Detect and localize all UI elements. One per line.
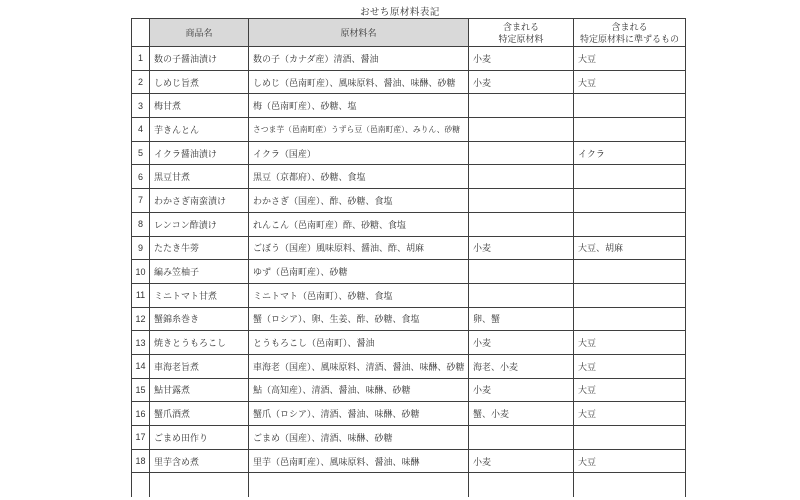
table-row: 1 数の子醤油漬け 数の子（カナダ産）清酒、醤油 小麦 大豆 [132, 47, 686, 71]
cell-ingredients: 鮎（高知産）、清酒、醤油、味醂、砂糖 [249, 378, 469, 402]
document-page: おせち原材料表記 商品名 原材料名 含まれる 特定原材料 含まれる 特定原材料に… [0, 0, 800, 500]
cell-no: 6 [132, 165, 150, 189]
cell-quasi [574, 260, 686, 284]
cell-ingredients: れんこん（邑南町産）酢、砂糖、食塩 [249, 212, 469, 236]
cell-product: 数の子醤油漬け [150, 47, 249, 71]
cell-product: わかさぎ南蛮漬け [150, 189, 249, 213]
table-row: 5 イクラ醤油漬け イクラ（国産） イクラ [132, 141, 686, 165]
cell-allergens [469, 165, 574, 189]
cell-quasi [574, 426, 686, 450]
table-row: 13 焼きとうもろこし とうもろこし（邑南町）、醤油 小麦 大豆 [132, 331, 686, 355]
cell-ingredients: とうもろこし（邑南町）、醤油 [249, 331, 469, 355]
header-quasi-allergens: 含まれる 特定原材料に準ずるもの [574, 19, 686, 47]
cell-product: 蟹爪酒煮 [150, 402, 249, 426]
table-row: 12 蟹錦糸巻き 蟹（ロシア）、卵、生姜、酢、砂糖、食塩 卵、蟹 [132, 307, 686, 331]
cell-ingredients: さつま芋（邑南町産）うずら豆（邑南町産）、みりん、砂糖 [249, 118, 469, 142]
cell-no: 15 [132, 378, 150, 402]
cell-allergens: 小麦 [469, 449, 574, 473]
cell-ingredients: しめじ（邑南町産）、風味原料、醤油、味醂、砂糖 [249, 70, 469, 94]
cell-allergens: 小麦 [469, 331, 574, 355]
table-row: 9 たたき牛蒡 ごぼう（国産）風味原料、醤油、酢、胡麻 小麦 大豆、胡麻 [132, 236, 686, 260]
cell-allergens: 小麦 [469, 236, 574, 260]
cell-quasi [574, 118, 686, 142]
table-row: 11 ミニトマト甘煮 ミニトマト（邑南町）、砂糖、食塩 [132, 283, 686, 307]
table-row: 4 芋きんとん さつま芋（邑南町産）うずら豆（邑南町産）、みりん、砂糖 [132, 118, 686, 142]
header-quasi-line1: 含まれる [575, 21, 684, 33]
cell-ingredients: ごまめ（国産）、清酒、味醂、砂糖 [249, 426, 469, 450]
cell-no: 13 [132, 331, 150, 355]
cell-no [132, 473, 150, 497]
cell-no: 1 [132, 47, 150, 71]
table-row: 16 蟹爪酒煮 蟹爪（ロシア）、清酒、醤油、味醂、砂糖 蟹、小麦 大豆 [132, 402, 686, 426]
cell-ingredients: 数の子（カナダ産）清酒、醤油 [249, 47, 469, 71]
cell-ingredients: 里芋（邑南町産）、風味原料、醤油、味醂 [249, 449, 469, 473]
cell-quasi: イクラ [574, 141, 686, 165]
cell-ingredients: 蟹爪（ロシア）、清酒、醤油、味醂、砂糖 [249, 402, 469, 426]
cell-ingredients: ゆず（邑南町産）、砂糖 [249, 260, 469, 284]
cell-product: しめじ旨煮 [150, 70, 249, 94]
cell-allergens [469, 426, 574, 450]
cell-no: 7 [132, 189, 150, 213]
cell-quasi: 大豆 [574, 331, 686, 355]
cell-no: 4 [132, 118, 150, 142]
cell-allergens: 小麦 [469, 47, 574, 71]
page-title: おせち原材料表記 [0, 4, 800, 18]
header-product: 商品名 [150, 19, 249, 47]
cell-no: 10 [132, 260, 150, 284]
cell-ingredients [249, 473, 469, 497]
cell-ingredients: 蟹（ロシア）、卵、生姜、酢、砂糖、食塩 [249, 307, 469, 331]
header-row: 商品名 原材料名 含まれる 特定原材料 含まれる 特定原材料に準ずるもの [132, 19, 686, 47]
cell-product: 黒豆甘煮 [150, 165, 249, 189]
table-row: 14 車海老旨煮 車海老（国産）、風味原料、清酒、醤油、味醂、砂糖 海老、小麦 … [132, 354, 686, 378]
cell-no: 14 [132, 354, 150, 378]
cell-product: 梅甘煮 [150, 94, 249, 118]
table-row-partial [132, 473, 686, 497]
cell-ingredients: イクラ（国産） [249, 141, 469, 165]
cell-no: 8 [132, 212, 150, 236]
cell-allergens: 小麦 [469, 378, 574, 402]
cell-quasi: 大豆、胡麻 [574, 236, 686, 260]
header-allergens: 含まれる 特定原材料 [469, 19, 574, 47]
cell-allergens [469, 260, 574, 284]
table-row: 6 黒豆甘煮 黒豆（京都府）、砂糖、食塩 [132, 165, 686, 189]
cell-product: 鮎甘露煮 [150, 378, 249, 402]
cell-product: たたき牛蒡 [150, 236, 249, 260]
table-row: 3 梅甘煮 梅（邑南町産）、砂糖、塩 [132, 94, 686, 118]
cell-ingredients: 梅（邑南町産）、砂糖、塩 [249, 94, 469, 118]
table-row: 10 編み笠柚子 ゆず（邑南町産）、砂糖 [132, 260, 686, 284]
cell-allergens: 卵、蟹 [469, 307, 574, 331]
cell-quasi [574, 212, 686, 236]
table-row: 15 鮎甘露煮 鮎（高知産）、清酒、醤油、味醂、砂糖 小麦 大豆 [132, 378, 686, 402]
cell-product: ごまめ田作り [150, 426, 249, 450]
cell-quasi [574, 94, 686, 118]
cell-no: 17 [132, 426, 150, 450]
cell-quasi: 大豆 [574, 378, 686, 402]
cell-no: 18 [132, 449, 150, 473]
cell-ingredients: ミニトマト（邑南町）、砂糖、食塩 [249, 283, 469, 307]
header-allergens-line2: 特定原材料 [470, 33, 572, 45]
cell-product: 芋きんとん [150, 118, 249, 142]
cell-ingredients: ごぼう（国産）風味原料、醤油、酢、胡麻 [249, 236, 469, 260]
cell-no: 2 [132, 70, 150, 94]
cell-allergens [469, 141, 574, 165]
cell-ingredients: 車海老（国産）、風味原料、清酒、醤油、味醂、砂糖 [249, 354, 469, 378]
cell-product: 焼きとうもろこし [150, 331, 249, 355]
table-row: 17 ごまめ田作り ごまめ（国産）、清酒、味醂、砂糖 [132, 426, 686, 450]
cell-product [150, 473, 249, 497]
cell-ingredients: 黒豆（京都府）、砂糖、食塩 [249, 165, 469, 189]
cell-no: 16 [132, 402, 150, 426]
cell-product: イクラ醤油漬け [150, 141, 249, 165]
cell-quasi [574, 283, 686, 307]
cell-product: 編み笠柚子 [150, 260, 249, 284]
cell-quasi [574, 165, 686, 189]
table-row: 18 里芋含め煮 里芋（邑南町産）、風味原料、醤油、味醂 小麦 大豆 [132, 449, 686, 473]
header-ingredients: 原材料名 [249, 19, 469, 47]
cell-quasi: 大豆 [574, 449, 686, 473]
table-header: 商品名 原材料名 含まれる 特定原材料 含まれる 特定原材料に準ずるもの [132, 19, 686, 47]
cell-allergens: 海老、小麦 [469, 354, 574, 378]
cell-quasi: 大豆 [574, 402, 686, 426]
header-quasi-line2: 特定原材料に準ずるもの [575, 33, 684, 45]
cell-no: 5 [132, 141, 150, 165]
table-row: 7 わかさぎ南蛮漬け わかさぎ（国産）、酢、砂糖、食塩 [132, 189, 686, 213]
cell-product: 里芋含め煮 [150, 449, 249, 473]
table-body: 1 数の子醤油漬け 数の子（カナダ産）清酒、醤油 小麦 大豆 2 しめじ旨煮 し… [132, 47, 686, 473]
cell-no: 12 [132, 307, 150, 331]
cell-quasi [574, 307, 686, 331]
cell-allergens [469, 118, 574, 142]
cell-ingredients: わかさぎ（国産）、酢、砂糖、食塩 [249, 189, 469, 213]
cell-quasi: 大豆 [574, 354, 686, 378]
cell-allergens [469, 94, 574, 118]
cell-allergens [469, 212, 574, 236]
cell-no: 11 [132, 283, 150, 307]
cell-allergens: 蟹、小麦 [469, 402, 574, 426]
cell-allergens [469, 283, 574, 307]
table-row: 8 レンコン酢漬け れんこん（邑南町産）酢、砂糖、食塩 [132, 212, 686, 236]
cell-product: 車海老旨煮 [150, 354, 249, 378]
table-row: 2 しめじ旨煮 しめじ（邑南町産）、風味原料、醤油、味醂、砂糖 小麦 大豆 [132, 70, 686, 94]
ingredients-table: 商品名 原材料名 含まれる 特定原材料 含まれる 特定原材料に準ずるもの 1 数… [131, 18, 686, 497]
cell-quasi [574, 189, 686, 213]
cell-product: レンコン酢漬け [150, 212, 249, 236]
cell-product: ミニトマト甘煮 [150, 283, 249, 307]
cell-allergens [469, 189, 574, 213]
cell-quasi [574, 473, 686, 497]
table-body-overflow [132, 473, 686, 497]
header-allergens-line1: 含まれる [470, 21, 572, 33]
cell-quasi: 大豆 [574, 47, 686, 71]
cell-allergens: 小麦 [469, 70, 574, 94]
header-index [132, 19, 150, 47]
cell-product: 蟹錦糸巻き [150, 307, 249, 331]
cell-allergens [469, 473, 574, 497]
cell-no: 9 [132, 236, 150, 260]
cell-no: 3 [132, 94, 150, 118]
cell-quasi: 大豆 [574, 70, 686, 94]
